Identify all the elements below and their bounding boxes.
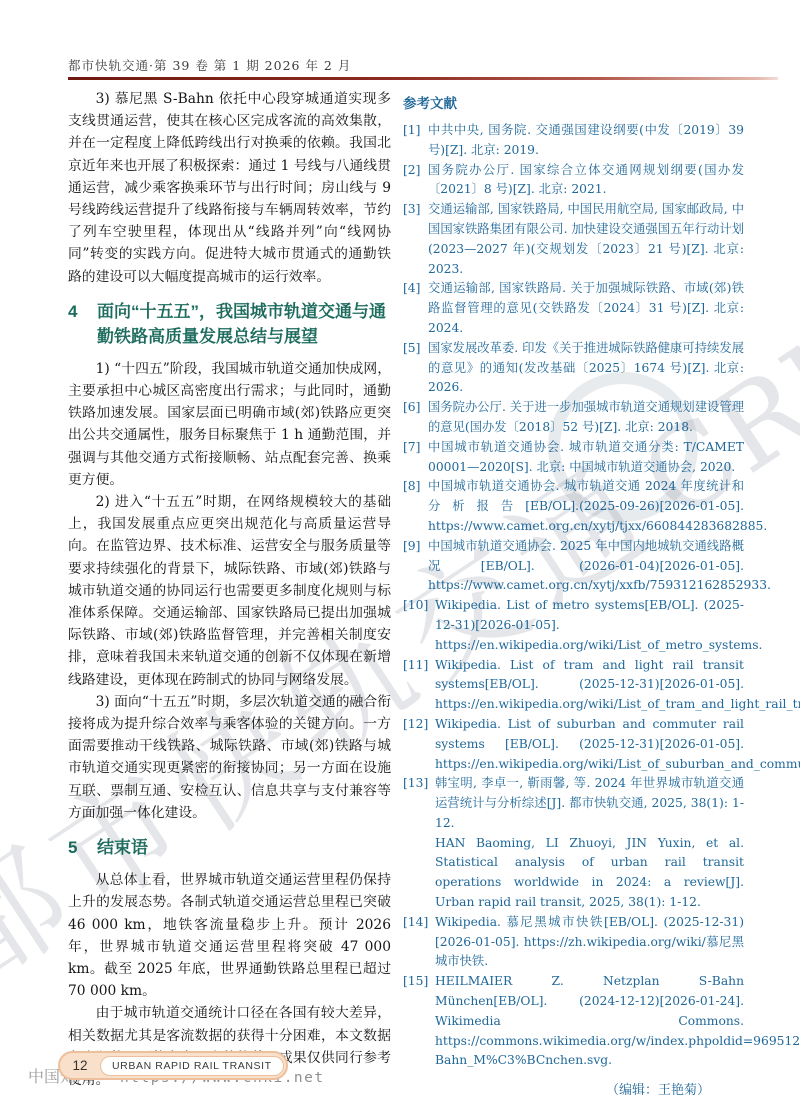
reference-item-1: [1] 中共中央, 国务院. 交通强国建设纲要(中发〔2019〕39 号)[Z]…	[403, 121, 744, 161]
reference-item-4: [4] 交通运输部, 国家铁路局. 关于加强城际铁路、市域(郊)铁路监督管理的意…	[403, 279, 744, 338]
reference-item-14: [14] Wikipedia. 慕尼黑城市快铁[EB/OL]. (2025-12…	[403, 913, 744, 972]
section-4-number: 4	[68, 299, 97, 349]
reference-number: [4]	[403, 279, 420, 299]
section-5-number: 5	[68, 835, 97, 860]
reference-text: 交通运输部, 国家铁路局, 中国民用航空局, 国家邮政局, 中国国家铁路集团有限…	[428, 202, 744, 275]
page-number: 12	[60, 1058, 100, 1073]
section-5-title: 结束语	[97, 835, 391, 860]
reference-number: [9]	[403, 537, 420, 557]
reference-number: [7]	[403, 438, 420, 458]
reference-text: 国务院办公厅. 关于进一步加强城市轨道交通规划建设管理的意见(国办发〔2018〕…	[428, 400, 744, 434]
conclusion-paragraph-1: 从总体上看，世界城市轨道交通运营里程仍保持上升的发展态势。各制式轨道交通运营总里…	[68, 869, 391, 1002]
reference-item-15: [15] HEILMAIER Z. Netzplan S-Bahn Münche…	[403, 972, 744, 1071]
reference-text: 国务院办公厅. 国家综合立体交通网规划纲要(国办发〔2021〕8 号)[Z]. …	[428, 163, 744, 197]
page-number-badge: 12 URBAN RAPID RAIL TRANSIT	[58, 1051, 288, 1080]
reference-number: [1]	[403, 121, 420, 141]
reference-number: [15]	[403, 972, 428, 992]
reference-item-3: [3] 交通运输部, 国家铁路局, 中国民用航空局, 国家邮政局, 中国国家铁路…	[403, 200, 744, 279]
reference-item-11: [11] Wikipedia. List of tram and light r…	[403, 656, 744, 715]
reference-item-10: [10] Wikipedia. List of metro systems[EB…	[403, 596, 744, 655]
section-4-paragraph-1: 1) “十四五”阶段，我国城市轨道交通加快成网，主要承担中心城区高密度出行需求；…	[68, 358, 391, 491]
reference-item-8: [8] 中国城市轨道交通协会. 城市轨道交通 2024 年度统计和分析报告[EB…	[403, 477, 744, 536]
journal-english-banner: URBAN RAPID RAIL TRANSIT	[100, 1056, 284, 1076]
reference-text: Wikipedia. List of suburban and commuter…	[435, 717, 800, 771]
editor-note: （编辑：王艳菊）	[403, 1079, 744, 1095]
reference-text: Wikipedia. List of tram and light rail t…	[435, 658, 800, 712]
reference-item-9: [9] 中国城市轨道交通协会. 2025 年中国内地城轨交通线路概况[EB/OL…	[403, 537, 744, 596]
references-heading: 参考文献	[403, 92, 744, 112]
reference-text: 中国城市轨道交通协会. 城市轨道交通 2024 年度统计和分析报告[EB/OL]…	[428, 479, 767, 533]
reference-item-12: [12] Wikipedia. List of suburban and com…	[403, 715, 744, 774]
reference-number: [8]	[403, 477, 420, 497]
reference-item-2: [2] 国务院办公厅. 国家综合立体交通网规划纲要(国办发〔2021〕8 号)[…	[403, 161, 744, 201]
reference-number: [6]	[403, 398, 420, 418]
reference-number: [12]	[403, 715, 428, 735]
reference-text-english: HAN Baoming, LI Zhuoyi, JIN Yuxin, et al…	[435, 834, 744, 913]
running-head: 都市快轨交通·第 39 卷 第 1 期 2026 年 2 月	[68, 56, 351, 74]
section-4-paragraph-2: 2) 进入“十五五”时期，在网络规模较大的基础上，我国发展重点应更突出规范化与高…	[68, 491, 391, 691]
references-list: [1] 中共中央, 国务院. 交通强国建设纲要(中发〔2019〕39 号)[Z]…	[403, 121, 744, 1071]
reference-number: [14]	[403, 913, 428, 933]
reference-item-13: [13] 韩宝明, 李卓一, 靳雨馨, 等. 2024 年世界城市轨道交通运营统…	[403, 774, 744, 913]
reference-text: 国家发展改革委. 印发《关于推进城际铁路健康可持续发展的意见》的通知(发改基础〔…	[428, 341, 744, 395]
reference-number: [5]	[403, 339, 420, 359]
reference-number: [13]	[403, 774, 428, 794]
reference-number: [10]	[403, 596, 428, 616]
section-4-heading: 4 面向“十五五”，我国城市轨道交通与通勤铁路高质量发展总结与展望	[68, 299, 391, 349]
reference-number: [3]	[403, 200, 420, 220]
reference-number: [11]	[403, 656, 428, 676]
references-column: 参考文献 [1] 中共中央, 国务院. 交通强国建设纲要(中发〔2019〕39 …	[403, 92, 744, 1095]
left-column: 3) 慕尼黑 S-Bahn 依托中心段穿城通道实现多支线贯通运营，使其在核心区完…	[68, 88, 391, 1091]
reference-text: HEILMAIER Z. Netzplan S-Bahn München[EB/…	[435, 974, 800, 1067]
reference-text: 中国城市轨道交通协会. 2025 年中国内地城轨交通线路概况[EB/OL]. (…	[428, 539, 771, 593]
section-4-paragraph-3: 3) 面向“十五五”时期，多层次轨道交通的融合衔接将成为提升综合效率与乘客体验的…	[68, 691, 391, 824]
reference-text: Wikipedia. List of metro systems[EB/OL].…	[435, 598, 762, 652]
reference-item-5: [5] 国家发展改革委. 印发《关于推进城际铁路健康可持续发展的意见》的通知(发…	[403, 339, 744, 398]
reference-item-7: [7] 中国城市轨道交通协会. 城市轨道交通分类: T/CAMET 00001—…	[403, 438, 744, 478]
section-4-title: 面向“十五五”，我国城市轨道交通与通勤铁路高质量发展总结与展望	[97, 299, 391, 349]
reference-text: 中国城市轨道交通协会. 城市轨道交通分类: T/CAMET 00001—2020…	[428, 440, 744, 474]
reference-number: [2]	[403, 161, 420, 181]
reference-item-6: [6] 国务院办公厅. 关于进一步加强城市轨道交通规划建设管理的意见(国办发〔2…	[403, 398, 744, 438]
paragraph-munich-sbahn: 3) 慕尼黑 S-Bahn 依托中心段穿城通道实现多支线贯通运营，使其在核心区完…	[68, 88, 391, 288]
header-rule	[68, 77, 778, 80]
reference-text: Wikipedia. 慕尼黑城市快铁[EB/OL]. (2025-12-31)[…	[435, 915, 744, 969]
reference-text: 中共中央, 国务院. 交通强国建设纲要(中发〔2019〕39 号)[Z]. 北京…	[428, 123, 744, 157]
reference-text: 交通运输部, 国家铁路局. 关于加强城际铁路、市域(郊)铁路监督管理的意见(交铁…	[428, 281, 744, 335]
section-5-heading: 5 结束语	[68, 835, 391, 860]
reference-text: 韩宝明, 李卓一, 靳雨馨, 等. 2024 年世界城市轨道交通运营统计与分析综…	[435, 776, 744, 830]
journal-page: 都市快轨交通CRM 都市快轨交通·第 39 卷 第 1 期 2026 年 2 月…	[0, 0, 800, 1095]
